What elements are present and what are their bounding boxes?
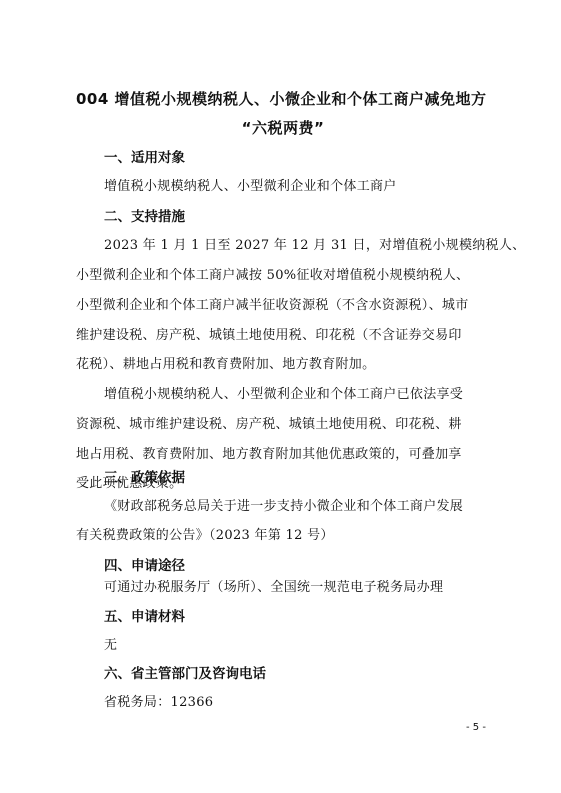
paragraph-line: 维护建设税、房产税、城镇土地使用税、印花税（不含证券交易印	[76, 324, 462, 343]
section-heading-application-channel: 四、申请途径	[104, 554, 185, 574]
section-heading-policy-basis: 三、政策依据	[104, 466, 185, 486]
paragraph-line: 《财政部税务总局关于进一步支持小微企业和个体工商户发展	[104, 495, 463, 514]
paragraph-line: 小型微利企业和个体工商户减半征收资源税（不含水资源税）、城市	[76, 294, 469, 313]
paragraph-line: 小型微利企业和个体工商户减按 50%征收对增值税小规模纳税人、	[76, 264, 469, 283]
section-text: 增值税小规模纳税人、小型微利企业和个体工商户	[104, 175, 397, 194]
section-heading-applicable-objects: 一、适用对象	[104, 146, 185, 166]
section-text: 省税务局：12366	[104, 691, 213, 710]
document-page: 004 增值税小规模纳税人、小微企业和个体工商户减免地方 “六税两费” 一、适用…	[0, 0, 561, 793]
document-title-line1: 004 增值税小规模纳税人、小微企业和个体工商户减免地方	[76, 88, 496, 109]
paragraph-line: 资源税、城市维护建设税、房产税、城镇土地使用税、印花税、耕	[76, 413, 462, 432]
section-text: 可通过办税服务厅（场所）、全国统一规范电子税务局办理	[104, 576, 443, 595]
paragraph-line: 有关税费政策的公告》（2023 年第 12 号）	[76, 524, 334, 543]
paragraph-line: 增值税小规模纳税人、小型微利企业和个体工商户已依法享受	[104, 383, 463, 402]
page-number: - 5 -	[466, 722, 486, 733]
section-heading-application-materials: 五、申请材料	[104, 605, 185, 625]
section-heading-support-measures: 二、支持措施	[104, 205, 185, 225]
section-heading-contact: 六、省主管部门及咨询电话	[104, 662, 266, 682]
paragraph-line: 地占用税、教育费附加、地方教育附加其他优惠政策的，可叠加享	[76, 443, 462, 462]
paragraph-line: 花税）、耕地占用税和教育费附加、地方教育附加。	[76, 353, 375, 372]
section-text: 无	[104, 634, 117, 653]
document-title-line2: “六税两费”	[76, 117, 490, 138]
paragraph-line: 2023 年 1 月 1 日至 2027 年 12 月 31 日，对增值税小规模…	[104, 234, 525, 253]
